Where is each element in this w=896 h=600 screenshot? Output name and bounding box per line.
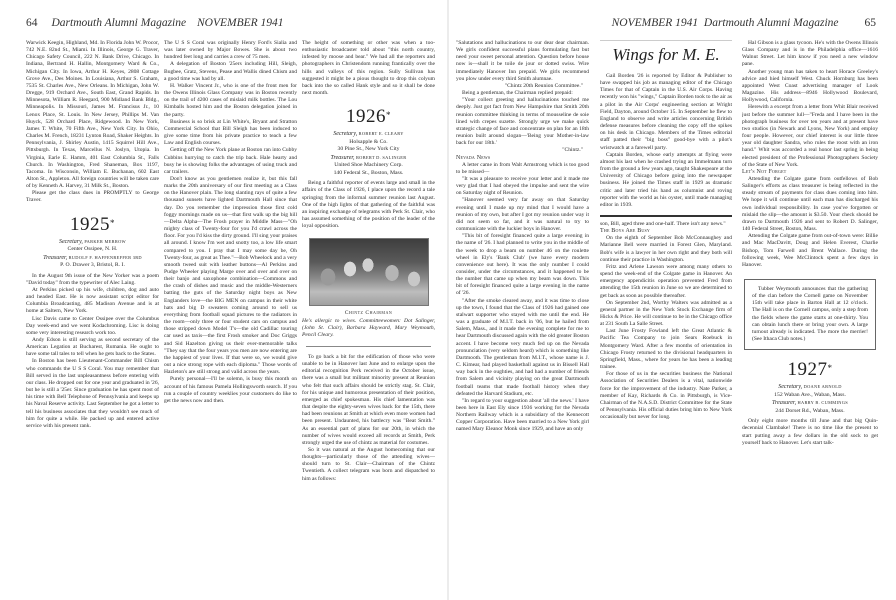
paragraph: "It was a pleasure to receive your lette…: [456, 176, 589, 197]
treasurer-address: 140 Federal St., Boston, Mass.: [302, 170, 435, 178]
notice-text: Tubber Weymouth announces that the gathe…: [752, 286, 868, 343]
column-3: The height of something or other was whe…: [302, 40, 435, 600]
paragraph: Gail Borden '26 is reported by Editor & …: [600, 73, 732, 152]
class-heading-1927: 1927*: [742, 360, 878, 380]
paragraph: Another young man has taken to heart Hor…: [742, 69, 878, 105]
page-number: 65: [865, 17, 877, 29]
column-2: Wings for M. E. Gail Borden '26 is repor…: [600, 40, 732, 600]
paragraph: Andy Edson is still serving as second se…: [26, 337, 159, 358]
secretary-label: Secretary,: [59, 239, 83, 245]
treasurer-address: 244 Dorset Rd., Waban, Mass.: [742, 408, 878, 416]
left-page: 64Dartmouth Alumni Magazine NOVEMBER 194…: [0, 0, 448, 600]
paragraph: Only eight more months till June and tha…: [742, 418, 878, 447]
treasurer-line: Treasurer, HARRY B. CUMMINGS: [742, 399, 878, 408]
treasurer-label: Treasurer,: [43, 255, 67, 261]
asterisk-mark: *: [828, 363, 833, 373]
running-head-left: 64Dartmouth Alumni Magazine NOVEMBER 194…: [26, 17, 284, 29]
paragraph: At Perkins picked up his wife, children,…: [26, 287, 159, 316]
secretary-address: 152 Waban Ave., Waban, Mass.: [742, 392, 878, 400]
magazine-title: Dartmouth Alumni Magazine: [704, 17, 839, 29]
secretary-address: 30 Pine St., New York City: [302, 146, 435, 154]
secretary-line: Secretary, PARKER MERROW: [26, 238, 159, 247]
class-heading-1925: 1925*: [26, 215, 159, 235]
paragraph: In Boston has been Lieutenant-Commander …: [26, 358, 159, 430]
paragraph: On the eighth of September Bob McConnaug…: [600, 235, 732, 264]
column-1: Warwick Keegin, Highland, Md. In Florida…: [26, 40, 159, 600]
issue-date: NOVEMBER 1941: [197, 17, 284, 29]
column-3: Hal Gibson is a glass tycoon. He's with …: [742, 40, 878, 600]
right-page: NOVEMBER 1941 Dartmouth Alumni Magazine6…: [448, 0, 896, 600]
treasurer-label: Treasurer,: [772, 400, 796, 406]
article-bottom-rule: [600, 215, 732, 217]
paragraph: Being a gentleman, the Chairman replied …: [456, 90, 589, 97]
notice-box: Tubber Weymouth announces that the gathe…: [744, 279, 876, 350]
magazine-title: Dartmouth Alumni Magazine: [52, 17, 187, 29]
secretary-name: PARKER MERROW: [84, 239, 126, 244]
signature: "Chintz.": [456, 147, 589, 154]
group-photo: [309, 238, 429, 306]
paragraph: "This bit of foresight financed quite a …: [456, 233, 589, 297]
treasurer-name: HARRY B. CUMMINGS: [798, 400, 848, 405]
page-number: 64: [26, 17, 38, 29]
article-title: Wings for M. E.: [600, 45, 732, 65]
treasurer-name: ROBERT D. SALINGER: [356, 155, 407, 160]
paragraph: A delegation of Boston '25ers including …: [164, 61, 297, 82]
paragraph: Hal Gibson is a glass tycoon. He's with …: [742, 40, 878, 69]
paragraph: A letter came in from Walt Armstrong whi…: [456, 162, 589, 176]
paragraph: Lisc Davis came to Center Ossipee over t…: [26, 316, 159, 337]
class-year: 1926: [346, 106, 386, 127]
paragraph: "After the smoke cleared away, and it wa…: [456, 298, 589, 398]
paragraph: Attending the Colgate game from outfello…: [742, 176, 878, 233]
treasurer-line: Treasurer, ROBERT D. SALINGER: [302, 154, 435, 163]
section-subhead: Nevada News: [456, 155, 589, 162]
secretary-label: Secretary,: [778, 384, 802, 390]
secretary-address: Center Ossipee, N. H.: [26, 246, 159, 254]
asterisk-mark: *: [386, 110, 391, 120]
secretary-line: Secretary, DOANE ARNOLD: [742, 383, 878, 392]
paragraph: Attending the Colgate game from out-of-t…: [742, 233, 878, 269]
paragraph: In the August 9th issue of the New Yorke…: [26, 273, 159, 287]
paragraph: "In regard to your suggestion about 'all…: [456, 398, 589, 434]
photo-title: Chintz Chairman: [302, 310, 435, 317]
paragraph: So it was natural at the August homecomi…: [302, 447, 435, 483]
paragraph: The U S S Coral was originally Henry For…: [164, 40, 297, 61]
treasurer-label: Treasurer,: [330, 155, 354, 161]
paragraph: H. Walker Vincent Jr., who is one of the…: [164, 83, 297, 119]
secretary-label: Secretary,: [333, 131, 357, 137]
photo-caption: He's allergic to wives. Committeewomen: …: [302, 318, 435, 339]
treasurer-name: RUDOLF F. HAFFENREFFER 3RD: [69, 255, 142, 260]
class-heading-1926: 1926*: [302, 107, 435, 127]
running-head-right: NOVEMBER 1941 Dartmouth Alumni Magazine6…: [612, 17, 876, 29]
paragraph: son, Bill, aged three and one-half. Ther…: [600, 221, 732, 228]
paragraph: Business is so brisk at Lin White's, Bry…: [164, 119, 297, 148]
secretary-address: Holsapple & Co.: [302, 139, 435, 147]
paragraph: "Salutations and hallucinations to our d…: [456, 40, 589, 83]
paragraph: Getting off the New York plane at Boston…: [164, 147, 297, 176]
paragraph: "Hanover seemed very far away on that Sa…: [456, 197, 589, 233]
secretary-name: ROBERT E. CLEARY: [359, 131, 404, 136]
column-2: The U S S Coral was originally Henry For…: [164, 40, 297, 600]
paragraph: Last June Frosty Fowland left the Great …: [600, 328, 732, 371]
signature: "Chintz 20th Reunion Committee.": [456, 83, 589, 90]
secretary-name: DOANE ARNOLD: [804, 384, 842, 389]
paragraph: Purely personal—I'll be solemn, is busy …: [164, 376, 297, 405]
secretary-line: Secretary, ROBERT E. CLEARY: [302, 130, 435, 139]
class-year: 1927: [788, 359, 828, 380]
paragraph: "Your collect greeting and hallucination…: [456, 97, 589, 147]
paragraph: To go back a bit for the edification of …: [302, 354, 435, 447]
asterisk-mark: *: [110, 218, 115, 228]
paragraph: The height of something or other was whe…: [302, 40, 435, 97]
paragraph: Herewith a excerpt from a letter from Wh…: [742, 104, 878, 168]
paragraph: On September 2nd, Worthy Walters was adm…: [600, 300, 732, 329]
section-subhead: Let's Not Forget: [742, 169, 878, 176]
paragraph: Warwick Keegin, Highland, Md. In Florida…: [26, 40, 159, 190]
treasurer-line: Treasurer, RUDOLF F. HAFFENREFFER 3RD: [26, 254, 159, 263]
issue-date: NOVEMBER 1941: [612, 17, 699, 29]
paragraph: Captain Borden, whose early attempts at …: [600, 152, 732, 209]
paragraph: Please get the class dues in PROMPTLY to…: [26, 190, 159, 204]
treasurer-address: P. O. Drawer 3, Bristol, R. I.: [26, 262, 159, 270]
paragraph: Being a faithful reporter of events larg…: [302, 180, 435, 230]
class-year: 1925: [70, 214, 110, 235]
divider: [306, 346, 431, 347]
paragraph: Don't know as you gentlemen realize it, …: [164, 176, 297, 376]
paragraph: Fritz and Arlene Lawson were among many …: [600, 264, 732, 300]
treasurer-address: United Shoe Machinery Corp.: [302, 162, 435, 170]
paragraph: For those of us in the securities busine…: [600, 371, 732, 421]
column-1: "Salutations and hallucinations to our d…: [456, 40, 589, 600]
